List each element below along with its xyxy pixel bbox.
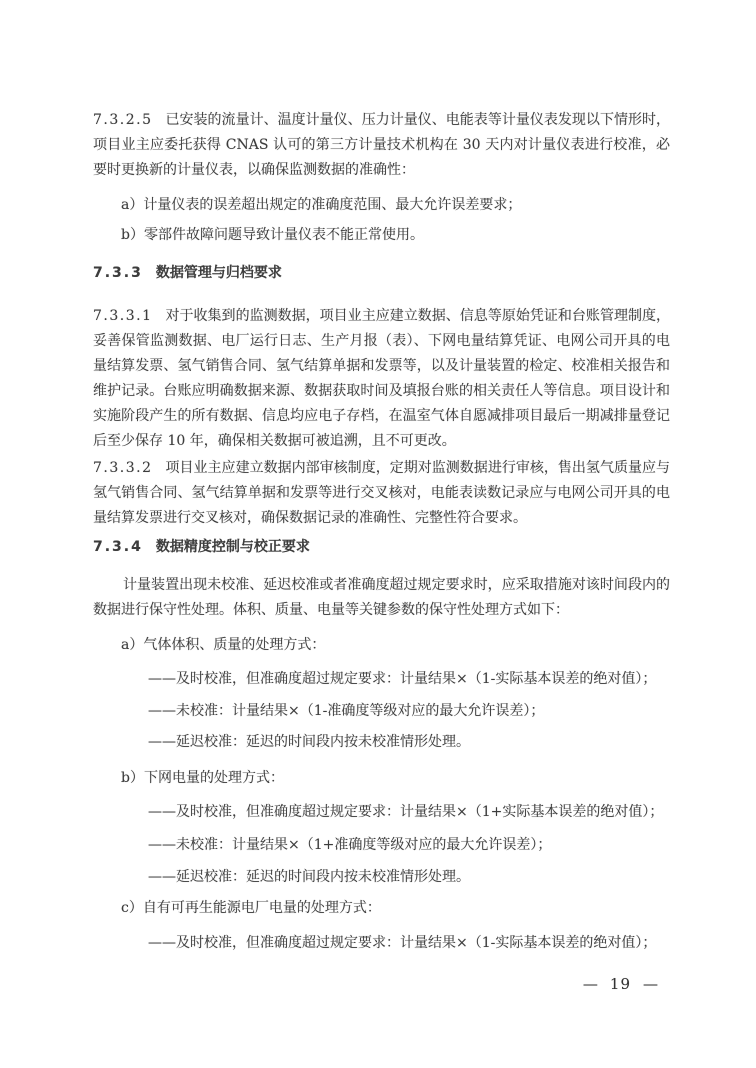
list-item-text: b）下网电量的处理方式： xyxy=(121,770,284,786)
list-item-a-calibration: a）计量仪表的误差超出规定的准确度范围、最大允许误差要求； xyxy=(93,193,670,218)
footer-page-number: 19 xyxy=(610,972,631,997)
footer-dash-right: — xyxy=(643,972,658,997)
heading-7-3-4: 7.3.4数据精度控制与校正要求 xyxy=(93,535,670,560)
page-body-text: 7.3.2.5已安装的流量计、温度计量仪、压力计量仪、电能表等计量仪表发现以下情… xyxy=(93,108,670,956)
clause-text: 已安装的流量计、温度计量仪、压力计量仪、电能表等计量仪表发现以下情形时，项目业主… xyxy=(93,112,670,178)
dash-item-timely-calibration-2: ——及时校准，但准确度超过规定要求：计量结果×（1+实际基本误差的绝对值）； xyxy=(93,800,670,825)
list-item-text: b）零部件故障问题导致计量仪表不能正常使用。 xyxy=(121,227,424,243)
heading-number: 7.3.3 xyxy=(93,265,143,281)
clause-number: 7.3.2.5 xyxy=(93,112,152,128)
list-item-text: a）计量仪表的误差超出规定的准确度范围、最大允许误差要求； xyxy=(121,197,521,213)
dash-item-text: ——及时校准，但准确度超过规定要求：计量结果×（1-实际基本误差的绝对值）； xyxy=(148,671,656,687)
list-item-text: a）气体体积、质量的处理方式： xyxy=(121,637,325,653)
paragraph-text: 计量装置出现未校准、延迟校准或者准确度超过规定要求时，应采取措施对该时间段内的数… xyxy=(93,577,670,618)
heading-number: 7.3.4 xyxy=(93,539,143,555)
document-page: 7.3.2.5已安装的流量计、温度计量仪、压力计量仪、电能表等计量仪表发现以下情… xyxy=(0,0,756,1068)
clause-number: 7.3.3.1 xyxy=(93,308,152,324)
list-item-text: c）自有可再生能源电厂电量的处理方式： xyxy=(121,900,381,916)
heading-text: 数据精度控制与校正要求 xyxy=(156,539,310,555)
heading-7-3-3: 7.3.3数据管理与归档要求 xyxy=(93,261,670,286)
list-item-c-renewable-plant: c）自有可再生能源电厂电量的处理方式： xyxy=(93,896,670,921)
clause-7-3-3-1: 7.3.3.1对于收集到的监测数据，项目业主应建立数据、信息等原始凭证和台账管理… xyxy=(93,304,670,454)
dash-item-delayed-calibration-1: ——延迟校准：延迟的时间段内按未校准情形处理。 xyxy=(93,730,670,755)
dash-item-text: ——及时校准，但准确度超过规定要求：计量结果×（1+实际基本误差的绝对值）； xyxy=(148,804,663,820)
dash-item-timely-calibration-3: ——及时校准，但准确度超过规定要求：计量结果×（1-实际基本误差的绝对值）； xyxy=(93,931,670,956)
clause-number: 7.3.3.2 xyxy=(93,460,152,476)
heading-text: 数据管理与归档要求 xyxy=(156,265,282,281)
clause-7-3-2-5: 7.3.2.5已安装的流量计、温度计量仪、压力计量仪、电能表等计量仪表发现以下情… xyxy=(93,108,670,183)
list-item-a-gas-volume: a）气体体积、质量的处理方式： xyxy=(93,633,670,658)
dash-item-text: ——未校准：计量结果×（1-准确度等级对应的最大允许误差）； xyxy=(148,703,544,719)
dash-item-delayed-calibration-2: ——延迟校准：延迟的时间段内按未校准情形处理。 xyxy=(93,865,670,890)
list-item-b-grid-electricity: b）下网电量的处理方式： xyxy=(93,766,670,791)
list-item-b-calibration: b）零部件故障问题导致计量仪表不能正常使用。 xyxy=(93,223,670,248)
dash-item-text: ——未校准：计量结果×（1+准确度等级对应的最大允许误差）； xyxy=(148,837,551,853)
dash-item-uncalibrated-1: ——未校准：计量结果×（1-准确度等级对应的最大允许误差）； xyxy=(93,699,670,724)
clause-text: 对于收集到的监测数据，项目业主应建立数据、信息等原始凭证和台账管理制度，妥善保管… xyxy=(93,308,670,449)
dash-item-text: ——及时校准，但准确度超过规定要求：计量结果×（1-实际基本误差的绝对值）； xyxy=(148,935,656,951)
dash-item-text: ——延迟校准：延迟的时间段内按未校准情形处理。 xyxy=(148,734,470,750)
paragraph-conservative-treatment: 计量装置出现未校准、延迟校准或者准确度超过规定要求时，应采取措施对该时间段内的数… xyxy=(93,573,670,623)
footer-dash-left: — xyxy=(583,972,598,997)
clause-text: 项目业主应建立数据内部审核制度，定期对监测数据进行审核，售出氢气质量应与氢气销售… xyxy=(93,460,670,526)
dash-item-text: ——延迟校准：延迟的时间段内按未校准情形处理。 xyxy=(148,869,470,885)
clause-7-3-3-2: 7.3.3.2项目业主应建立数据内部审核制度，定期对监测数据进行审核，售出氢气质… xyxy=(93,456,670,531)
page-number-footer: — 19 — xyxy=(583,972,658,997)
dash-item-uncalibrated-2: ——未校准：计量结果×（1+准确度等级对应的最大允许误差）； xyxy=(93,833,670,858)
dash-item-timely-calibration-1: ——及时校准，但准确度超过规定要求：计量结果×（1-实际基本误差的绝对值）； xyxy=(93,667,670,692)
